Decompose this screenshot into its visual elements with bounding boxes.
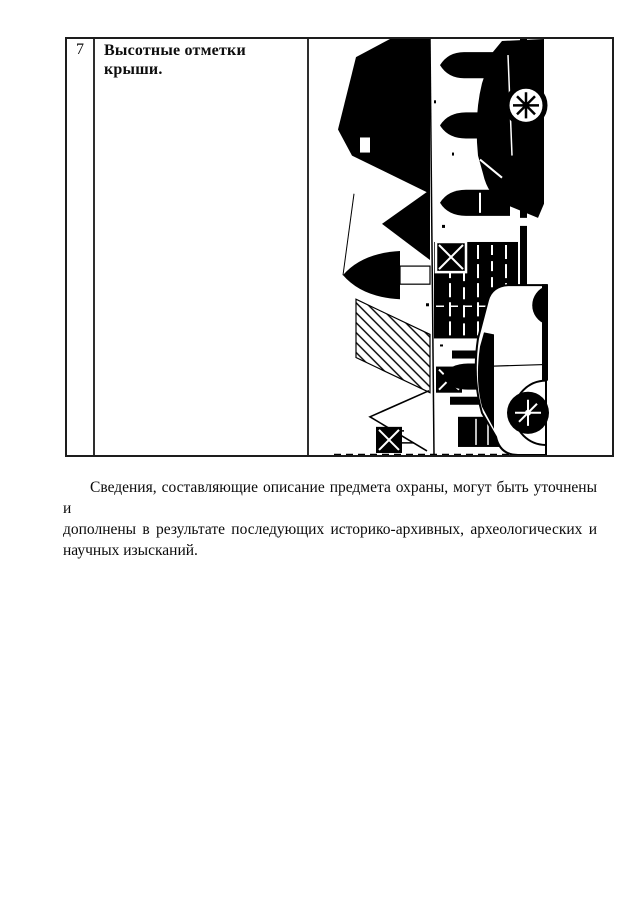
protection-items-table: 7 Высотные отметки крыши. [65,37,614,457]
paragraph-line: научных изысканий. [63,540,597,561]
paragraph-line: Сведения, составляющие описание предмета… [63,477,597,519]
row-label-cell: Высотные отметки крыши. [95,41,306,79]
paragraph-line: дополнены в результате последующих истор… [63,519,597,540]
building-photo [330,37,552,457]
column-divider-1 [93,39,95,455]
crossed-panel-icon [436,242,466,272]
closing-paragraph: Сведения, составляющие описание предмета… [63,477,597,561]
document-page: 7 Высотные отметки крыши. [0,0,640,905]
building-photo-illustration [330,37,552,457]
column-divider-2 [307,39,309,455]
row-number-cell: 7 [67,41,93,59]
crossed-panel-icon [376,427,402,453]
